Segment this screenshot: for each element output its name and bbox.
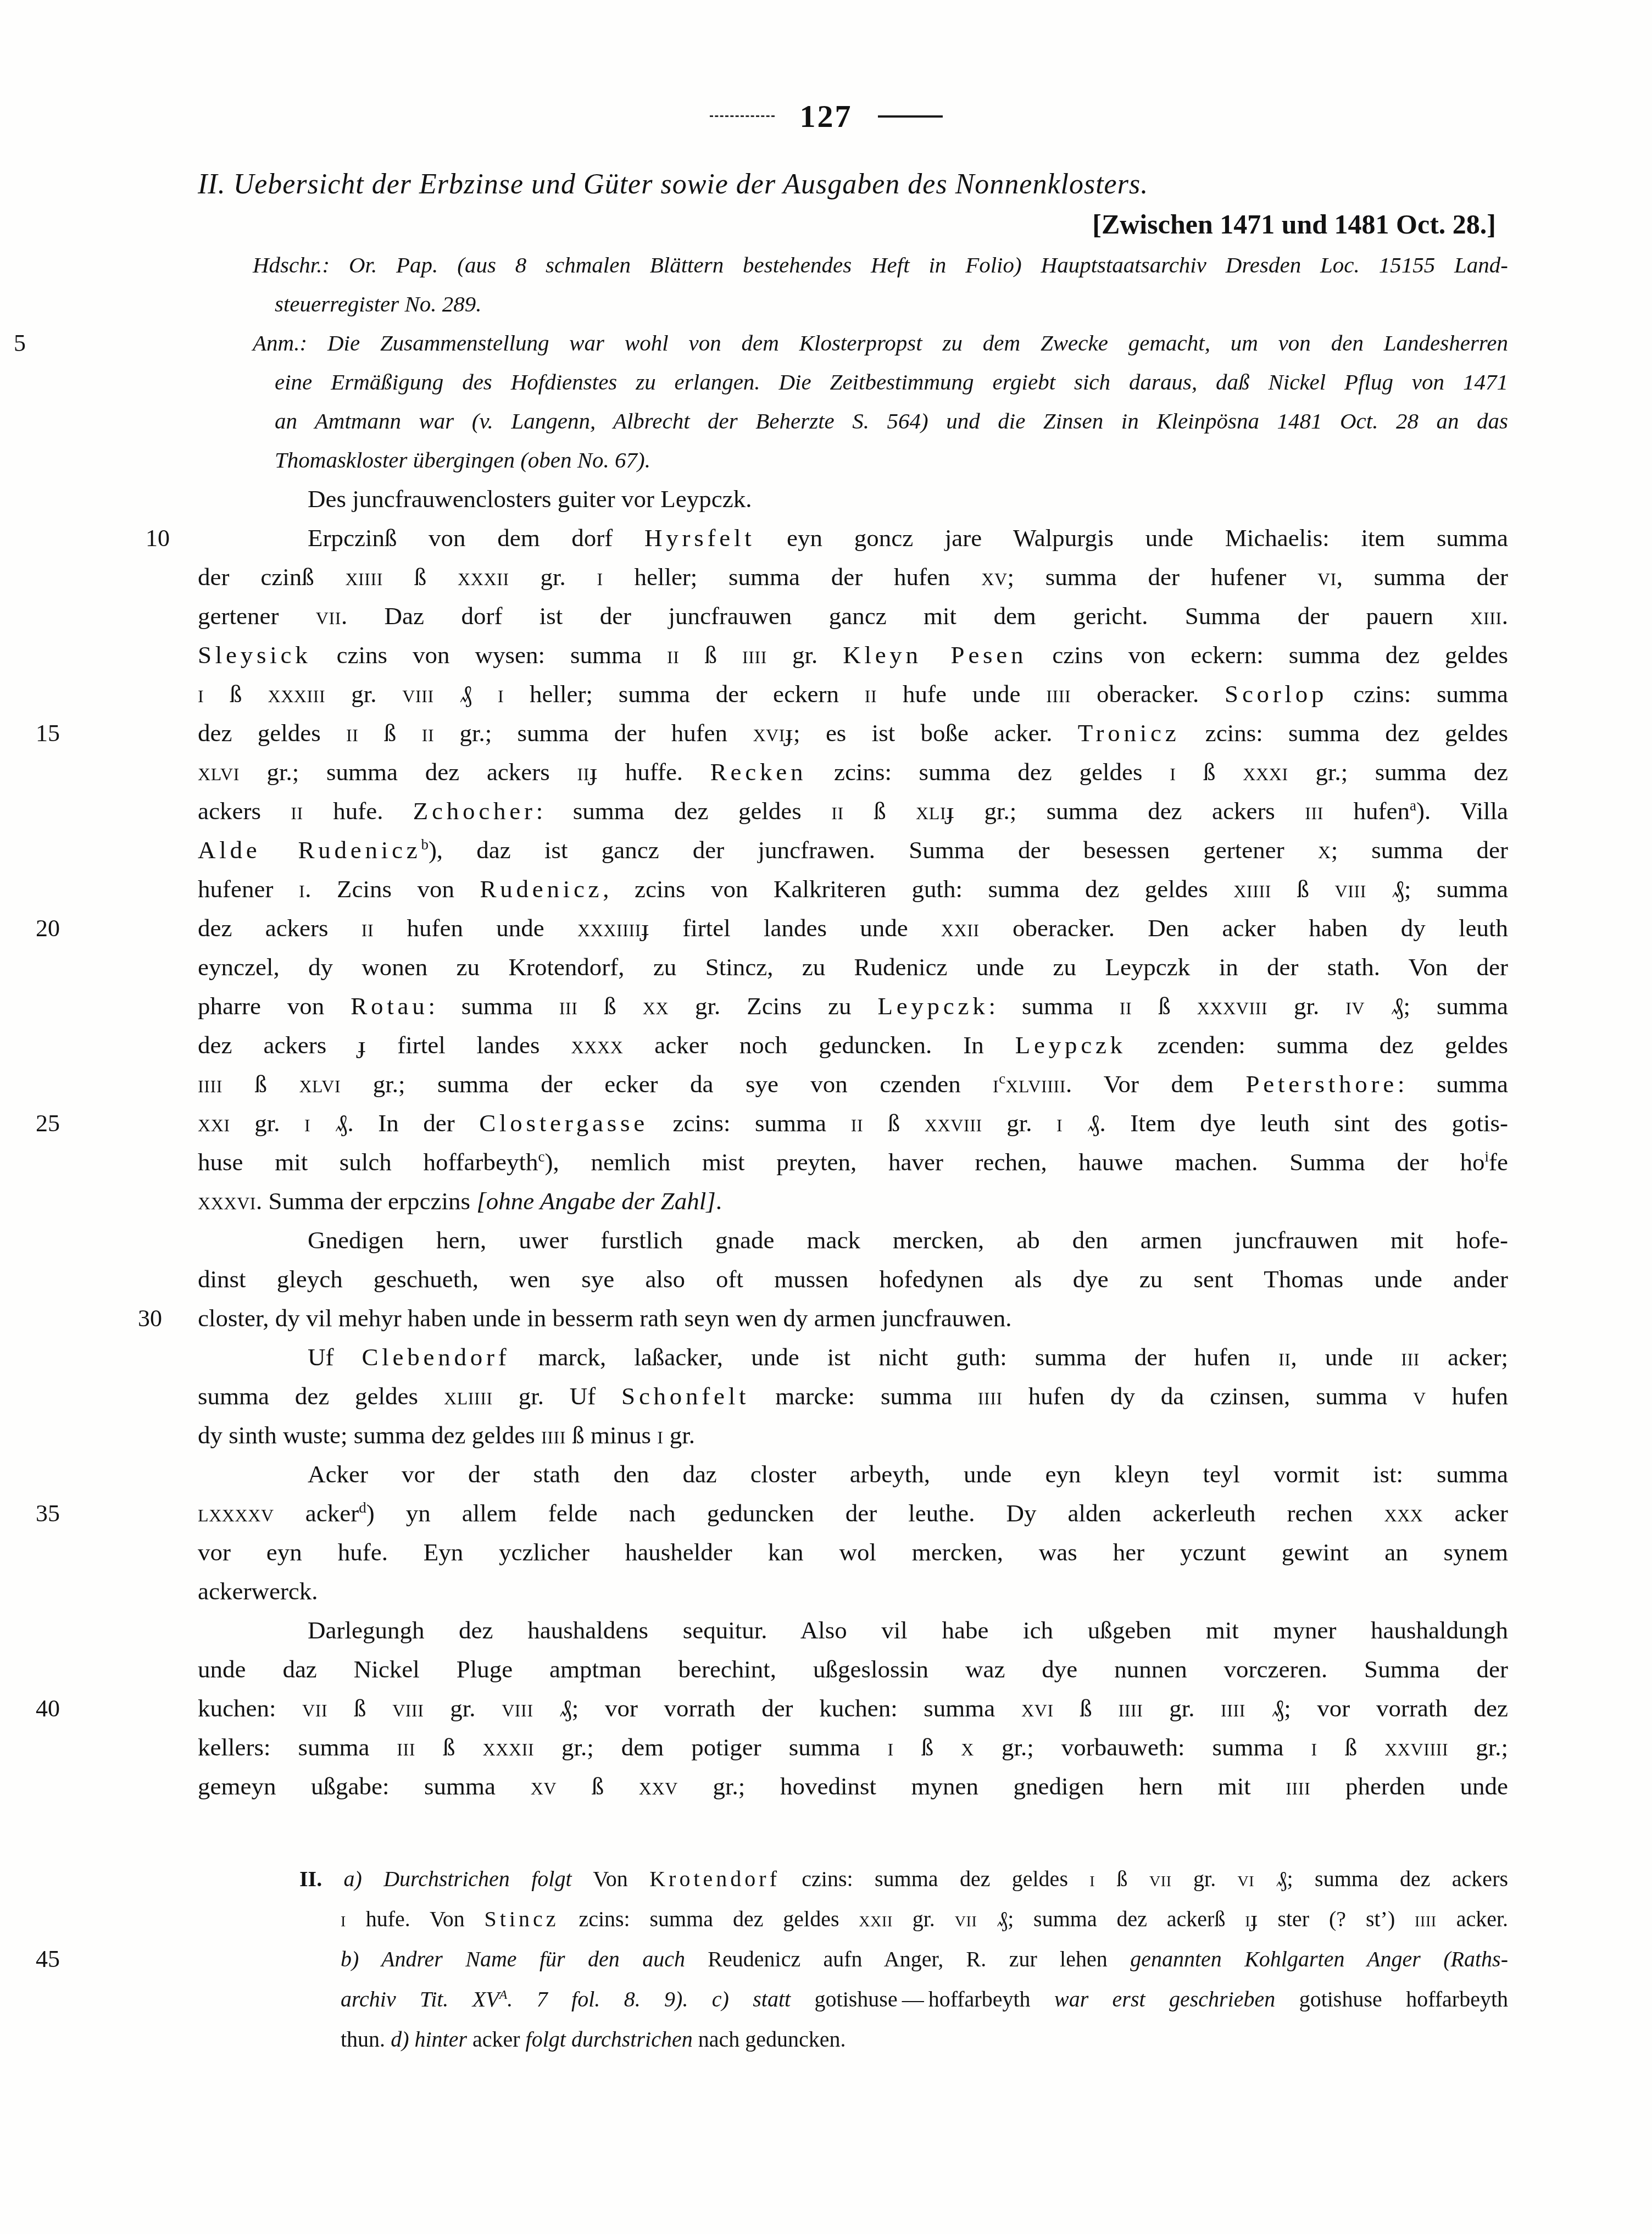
- line-number: 30: [36, 1299, 162, 1338]
- line-number: 40: [36, 1689, 162, 1728]
- text-line: vor eyn hufe. Eyn yczlicher haushelder k…: [198, 1533, 1508, 1572]
- text-line: ackers ii hufe. Zchocher: summa dez geld…: [198, 792, 1508, 831]
- text-line: 30closter, dy vil mehyr haben unde in be…: [198, 1299, 1508, 1338]
- document-date-range: [Zwischen 1471 und 1481 Oct. 28.]: [198, 205, 1508, 244]
- text-line: Hdschr.: Or. Pap. (aus 8 schmalen Blätte…: [275, 246, 1508, 285]
- line-text: b) Andrer Name für den auch Reudenicz au…: [341, 1947, 1508, 1971]
- text-line: 5Anm.: Die Zusammenstellung war wohl von…: [275, 324, 1508, 363]
- text-line: dinst gleych geschueth, wen sye also oft…: [198, 1260, 1508, 1299]
- line-text: huse mit sulch hoffarbeythc), nemlich mi…: [198, 1148, 1508, 1176]
- line-text: xlvi gr.; summa dez ackers iiɟ huffe. Re…: [198, 758, 1508, 786]
- text-column: II. Uebersicht der Erbzinse und Güter so…: [198, 165, 1508, 2059]
- line-text: summa dez geldes xliiii gr. Uf Schonfelt…: [198, 1382, 1508, 1410]
- document-title-block: II. Uebersicht der Erbzinse und Güter so…: [198, 165, 1508, 244]
- text-line: thun. d) hinter acker folgt durchstriche…: [341, 2019, 1508, 2059]
- text-line: i ß xxxiii gr. viii ₰ i heller; summa de…: [198, 675, 1508, 714]
- line-text: der czinß xiiii ß xxxii gr. i heller; su…: [198, 563, 1508, 591]
- line-text: dy sinth wuste; summa dez geldes iiii ß …: [198, 1421, 695, 1449]
- line-text: Des juncfrauwenclosters guiter vor Leypc…: [308, 485, 752, 513]
- text-line: xxxvi. Summa der erpczins [ohne Angabe d…: [198, 1182, 1508, 1221]
- text-line: Gnedigen hern, uwer furstlich gnade mack…: [198, 1221, 1508, 1260]
- page-number-rule-left: [710, 115, 775, 117]
- text-line: unde daz Nickel Pluge amptman berechint,…: [198, 1650, 1508, 1689]
- text-line: i hufe. Von Stincz zcins: summa dez geld…: [341, 1899, 1508, 1939]
- text-line: 25xxi gr. i ₰. In der Clostergasse zcins…: [198, 1104, 1508, 1143]
- line-text: II. a) Durchstrichen folgt Von Krotendor…: [299, 1866, 1508, 1891]
- line-text: an Amtmann war (v. Langenn, Albrecht der…: [275, 408, 1508, 434]
- text-line: huse mit sulch hoffarbeythc), nemlich mi…: [198, 1143, 1508, 1182]
- line-text: Darlegungh dez haushaldens sequitur. Als…: [308, 1616, 1508, 1644]
- line-text: kuchen: vii ß viii gr. viii ₰; vor vorra…: [198, 1694, 1508, 1722]
- line-text: Acker vor der stath den daz closter arbe…: [308, 1460, 1508, 1488]
- text-line: Acker vor der stath den daz closter arbe…: [198, 1455, 1508, 1494]
- page-number-rule-right: [878, 115, 943, 118]
- main-text: Des juncfrauwenclosters guiter vor Leypc…: [198, 480, 1508, 1806]
- text-line: 15dez geldes ii ß ii gr.; summa der hufe…: [198, 714, 1508, 753]
- headnote-apparatus: Hdschr.: Or. Pap. (aus 8 schmalen Blätte…: [275, 246, 1508, 480]
- text-line: summa dez geldes xliiii gr. Uf Schonfelt…: [198, 1377, 1508, 1416]
- line-text: Sleysick czins von wysen: summa ii ß iii…: [198, 641, 1508, 669]
- line-number: 45: [36, 1939, 162, 1979]
- line-text: thun. d) hinter acker folgt durchstriche…: [341, 2027, 846, 2052]
- line-text: lxxxxv ackerd) yn allem felde nach gedun…: [198, 1499, 1508, 1527]
- line-text: unde daz Nickel Pluge amptman berechint,…: [198, 1655, 1508, 1683]
- line-text: Alde Rudeniczb), daz ist gancz der juncf…: [198, 836, 1508, 864]
- text-line: Sleysick czins von wysen: summa ii ß iii…: [198, 636, 1508, 675]
- line-number: 5: [36, 324, 162, 363]
- text-line: kellers: summa iii ß xxxii gr.; dem poti…: [198, 1728, 1508, 1767]
- text-line: iiii ß xlvi gr.; summa der ecker da sye …: [198, 1065, 1508, 1104]
- line-text: Erpczinß von dem dorf Hyrsfelt eyn goncz…: [308, 524, 1508, 552]
- text-line: Uf Clebendorf marck, laßacker, unde ist …: [198, 1338, 1508, 1377]
- text-line: pharre von Rotau: summa iii ß xx gr. Zci…: [198, 987, 1508, 1026]
- text-line: dy sinth wuste; summa dez geldes iiii ß …: [198, 1416, 1508, 1455]
- line-text: gemeyn ußgabe: summa xv ß xxv gr.; hoved…: [198, 1772, 1508, 1800]
- line-text: dinst gleych geschueth, wen sye also oft…: [198, 1265, 1508, 1293]
- text-line: gemeyn ußgabe: summa xv ß xxv gr.; hoved…: [198, 1767, 1508, 1806]
- text-line: II. a) Durchstrichen folgt Von Krotendor…: [341, 1859, 1508, 1899]
- text-line: ackerwerck.: [198, 1572, 1508, 1611]
- text-line: gertener vii. Daz dorf ist der juncfrauw…: [198, 597, 1508, 636]
- line-text: vor eyn hufe. Eyn yczlicher haushelder k…: [198, 1538, 1508, 1566]
- text-line: archiv Tit. XVA. 7 fol. 8. 9). c) statt …: [341, 1979, 1508, 2019]
- text-line: hufener i. Zcins von Rudenicz, zcins von…: [198, 870, 1508, 909]
- line-text: gertener vii. Daz dorf ist der juncfrauw…: [198, 602, 1508, 630]
- text-line: Thomaskloster übergingen (oben No. 67).: [275, 441, 1508, 480]
- footnotes: II. a) Durchstrichen folgt Von Krotendor…: [341, 1859, 1508, 2059]
- page-header: 127: [0, 98, 1652, 135]
- text-line: xlvi gr.; summa dez ackers iiɟ huffe. Re…: [198, 753, 1508, 792]
- line-text: Uf Clebendorf marck, laßacker, unde ist …: [308, 1343, 1508, 1371]
- text-line: 35lxxxxv ackerd) yn allem felde nach ged…: [198, 1494, 1508, 1533]
- text-line: 45b) Andrer Name für den auch Reudenicz …: [341, 1939, 1508, 1979]
- line-text: steuerregister No. 289.: [275, 291, 482, 316]
- document-title: II. Uebersicht der Erbzinse und Güter so…: [198, 165, 1508, 204]
- line-text: closter, dy vil mehyr haben unde in bess…: [198, 1304, 1011, 1332]
- line-text: eine Ermäßigung des Hofdienstes zu erlan…: [275, 369, 1508, 394]
- line-number: 35: [36, 1494, 162, 1533]
- text-line: Des juncfrauwenclosters guiter vor Leypc…: [198, 480, 1508, 519]
- text-line: Darlegungh dez haushaldens sequitur. Als…: [198, 1611, 1508, 1650]
- line-text: Hdschr.: Or. Pap. (aus 8 schmalen Blätte…: [253, 252, 1508, 277]
- line-text: eynczel, dy wonen zu Krotendorf, zu Stin…: [198, 953, 1508, 981]
- text-line: Alde Rudeniczb), daz ist gancz der juncf…: [198, 831, 1508, 870]
- text-line: 10Erpczinß von dem dorf Hyrsfelt eyn gon…: [198, 519, 1508, 558]
- line-text: iiii ß xlvi gr.; summa der ecker da sye …: [198, 1070, 1508, 1098]
- line-text: archiv Tit. XVA. 7 fol. 8. 9). c) statt …: [341, 1987, 1508, 2011]
- line-text: dez ackers ɟ firtel landes xxxx acker no…: [198, 1031, 1508, 1059]
- line-text: hufener i. Zcins von Rudenicz, zcins von…: [198, 875, 1508, 903]
- line-text: i hufe. Von Stincz zcins: summa dez geld…: [341, 1907, 1508, 1931]
- line-text: i ß xxxiii gr. viii ₰ i heller; summa de…: [198, 680, 1508, 708]
- line-number: 20: [36, 909, 162, 948]
- line-number: 15: [36, 714, 162, 753]
- line-text: dez ackers ii hufen unde xxxiiiiɟ firtel…: [198, 914, 1508, 942]
- text-line: steuerregister No. 289.: [275, 285, 1508, 324]
- line-text: Thomaskloster übergingen (oben No. 67).: [275, 447, 650, 473]
- text-line: der czinß xiiii ß xxxii gr. i heller; su…: [198, 558, 1508, 597]
- text-line: 20dez ackers ii hufen unde xxxiiiiɟ firt…: [198, 909, 1508, 948]
- line-text: xxi gr. i ₰. In der Clostergasse zcins: …: [198, 1109, 1508, 1137]
- line-number: 25: [36, 1104, 162, 1143]
- line-text: pharre von Rotau: summa iii ß xx gr. Zci…: [198, 992, 1508, 1020]
- page-number: 127: [775, 98, 878, 134]
- text-line: dez ackers ɟ firtel landes xxxx acker no…: [198, 1026, 1508, 1065]
- text-line: an Amtmann war (v. Langenn, Albrecht der…: [275, 402, 1508, 441]
- line-text: ackerwerck.: [198, 1577, 318, 1605]
- line-text: Gnedigen hern, uwer furstlich gnade mack…: [308, 1226, 1508, 1254]
- text-line: eynczel, dy wonen zu Krotendorf, zu Stin…: [198, 948, 1508, 987]
- text-line: eine Ermäßigung des Hofdienstes zu erlan…: [275, 363, 1508, 402]
- line-text: dez geldes ii ß ii gr.; summa der hufen …: [198, 719, 1508, 747]
- line-text: xxxvi. Summa der erpczins [ohne Angabe d…: [198, 1187, 722, 1215]
- line-text: Anm.: Die Zusammenstellung war wohl von …: [253, 330, 1508, 355]
- line-text: ackers ii hufe. Zchocher: summa dez geld…: [198, 797, 1508, 825]
- line-number: 10: [36, 519, 162, 558]
- text-line: 40kuchen: vii ß viii gr. viii ₰; vor vor…: [198, 1689, 1508, 1728]
- scanned-book-page: 127 II. Uebersicht der Erbzinse und Güte…: [0, 0, 1652, 2234]
- line-text: kellers: summa iii ß xxxii gr.; dem poti…: [198, 1733, 1508, 1761]
